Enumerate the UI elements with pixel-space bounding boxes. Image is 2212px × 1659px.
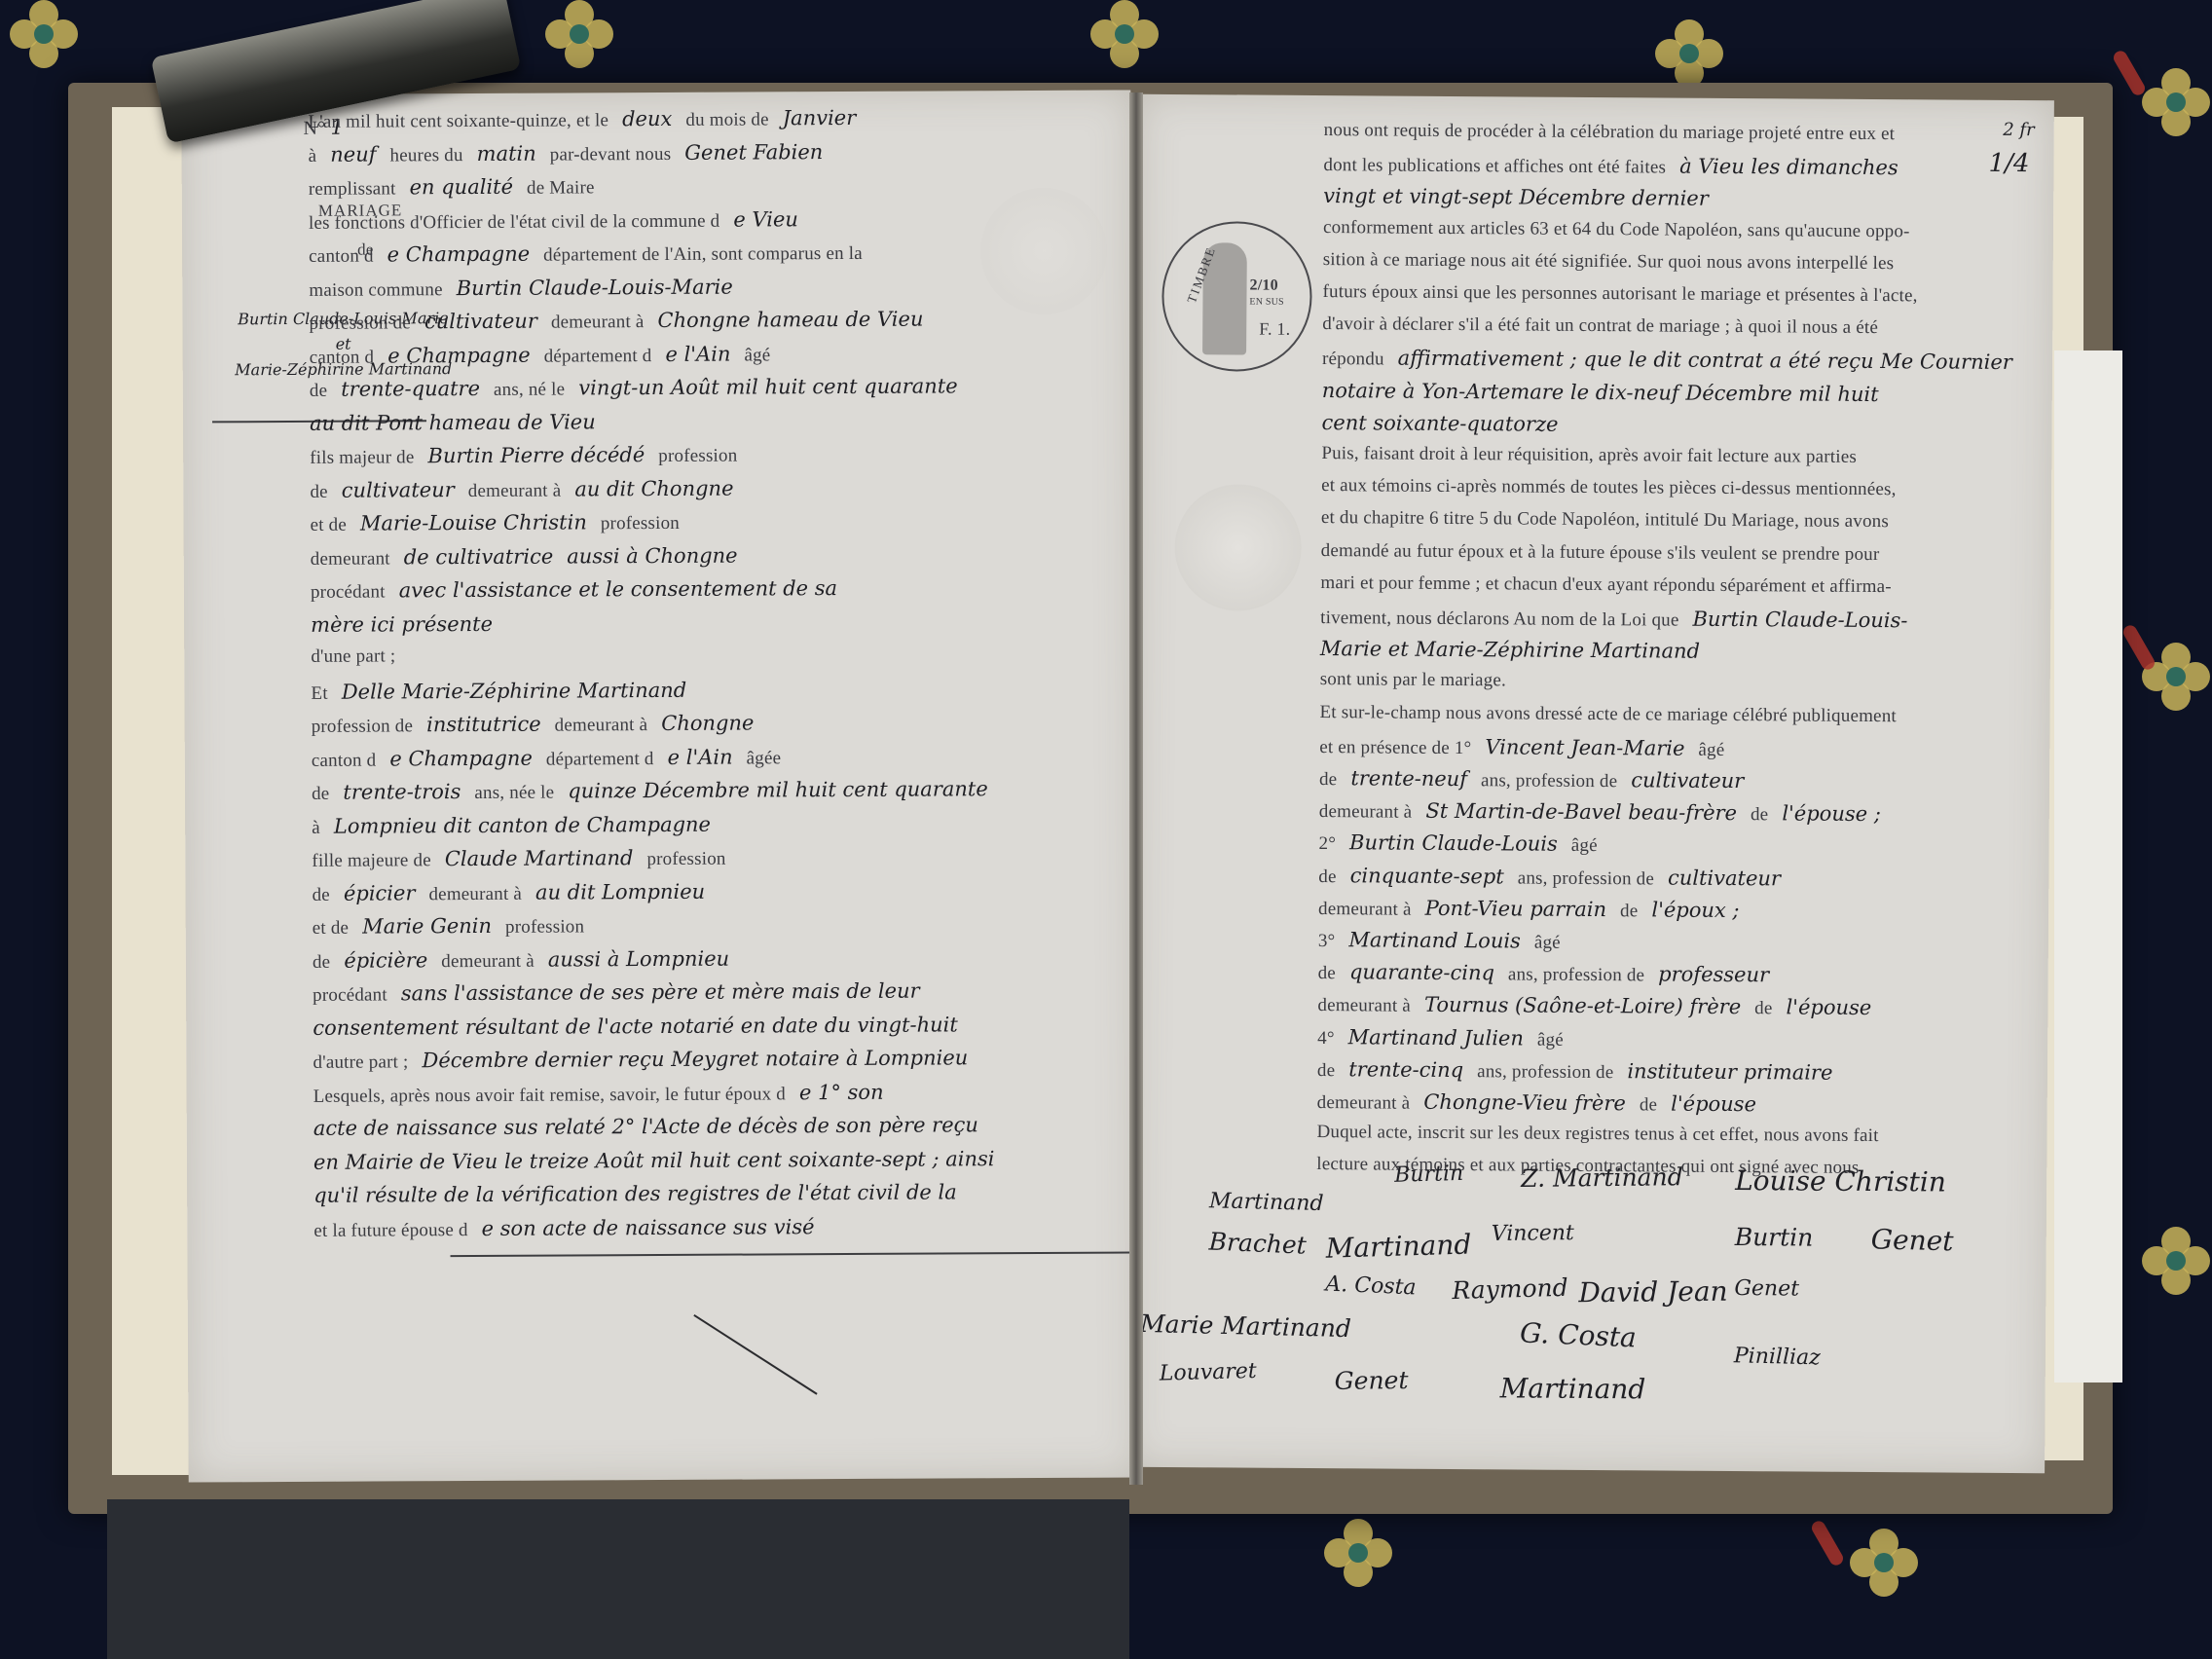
printed-text: heures du xyxy=(389,145,462,166)
handwritten-entry: cinquante-sept xyxy=(1350,864,1504,888)
handwritten-entry: cultivateur xyxy=(424,310,537,334)
printed-text: et aux témoins ci-après nommés de toutes… xyxy=(1321,475,1897,499)
signature: Genet xyxy=(1335,1366,1409,1395)
printed-text: de xyxy=(1318,963,1336,983)
document-line: mari et pour femme ; et chacun d'eux aya… xyxy=(1320,572,1905,598)
document-line: qu'il résulte de la vérification des reg… xyxy=(313,1180,971,1207)
tax-stamp: TIMBRE 2/10 EN SUS F. 1. xyxy=(1161,221,1312,372)
handwritten-entry: l'épouse ; xyxy=(1782,802,1881,827)
document-line: Marie et Marie-Zéphirine Martinand xyxy=(1320,637,1714,663)
printed-text: demeurant à xyxy=(428,883,522,904)
printed-text: Duquel acte, inscrit sur les deux regist… xyxy=(1316,1122,1878,1146)
printed-text: Puis, faisant droit à leur réquisition, … xyxy=(1321,443,1857,467)
printed-text: et en présence de 1° xyxy=(1319,737,1471,758)
document-line: procédantavec l'assistance et le consent… xyxy=(311,576,851,604)
printed-text: de xyxy=(313,951,330,972)
signature: Louvaret xyxy=(1159,1359,1257,1386)
document-line: et en présence de 1°Vincent Jean-Marieâg… xyxy=(1319,734,1738,761)
document-line: demeurant àPont-Vieu parraindel'époux ; xyxy=(1318,896,1753,923)
handwritten-entry: l'épouse xyxy=(1786,996,1871,1020)
handwritten-entry: trente-quatre xyxy=(341,377,480,401)
document-line: Et sur-le-champ nous avons dressé acte d… xyxy=(1319,702,1910,727)
handwritten-entry: e Champagne xyxy=(387,242,531,267)
document-line: dequarante-cinqans, profession deprofess… xyxy=(1318,960,1784,987)
document-line: 2°Burtin Claude-Louisâgé xyxy=(1318,830,1610,857)
printed-text: ans, profession de xyxy=(1481,770,1617,792)
fabric-flower xyxy=(2142,1227,2210,1295)
handwritten-entry: Chongne-Vieu frère xyxy=(1423,1090,1626,1115)
printed-text: ans, profession de xyxy=(1477,1061,1613,1083)
printed-text: demeurant à xyxy=(441,950,535,972)
printed-text: Et sur-le-champ nous avons dressé acte d… xyxy=(1319,702,1897,726)
page-edges-left xyxy=(112,107,190,1475)
printed-text: de xyxy=(1319,769,1337,790)
handwritten-entry: en qualité xyxy=(410,175,514,200)
printed-text: de xyxy=(1620,901,1638,921)
loose-paper-insert xyxy=(2054,350,2122,1382)
printed-text: d'une part ; xyxy=(311,645,395,666)
stamp-subtext: EN SUS xyxy=(1249,297,1283,308)
handwritten-entry: Marie et Marie-Zéphirine Martinand xyxy=(1320,637,1700,663)
printed-text: à xyxy=(309,145,317,166)
printed-text: d'autre part ; xyxy=(313,1051,408,1073)
document-line: dont les publications et affiches ont ét… xyxy=(1323,152,1911,180)
document-line: fils majeur deBurtin Pierre décédéprofes… xyxy=(310,443,751,469)
printed-text: profession de xyxy=(309,313,411,334)
handwritten-entry: Claude Martinand xyxy=(445,846,634,870)
printed-text: canton d xyxy=(310,347,375,367)
document-line: demeurant àChongne-Vieu frèredel'épouse xyxy=(1317,1089,1770,1117)
handwritten-entry: trente-cinq xyxy=(1348,1057,1463,1082)
document-line: conformement aux articles 63 et 64 du Co… xyxy=(1323,217,1924,242)
document-line: notaire à Yon-Artemare le dix-neuf Décem… xyxy=(1322,379,1893,406)
document-line: profession decultivateurdemeurant àChong… xyxy=(309,308,937,335)
handwritten-entry: aussi à Chongne xyxy=(567,543,737,568)
printed-text: canton d xyxy=(312,750,377,770)
printed-text: fille majeure de xyxy=(312,850,431,871)
printed-text: L'an mil huit cent soixante-quinze, et l… xyxy=(308,110,608,132)
fabric-flower xyxy=(2142,68,2210,136)
document-line: futurs époux ainsi que les personnes aut… xyxy=(1322,281,1931,307)
document-line: d'autre part ;Décembre dernier reçu Meyg… xyxy=(313,1046,981,1074)
handwritten-entry: qu'il résulte de la vérification des reg… xyxy=(313,1180,957,1206)
document-line: detrente-troisans, née lequinze Décembre… xyxy=(312,777,1002,805)
folio-number: 2 fr xyxy=(2003,120,2035,140)
document-line: et du chapitre 6 titre 5 du Code Napoléo… xyxy=(1321,507,1902,533)
printed-text: conformement aux articles 63 et 64 du Co… xyxy=(1323,217,1910,241)
printed-text: âgée xyxy=(747,748,782,768)
printed-text: mari et pour femme ; et chacun d'eux aya… xyxy=(1320,572,1892,597)
printed-text: département de l'Ain, sont comparus en l… xyxy=(543,243,863,266)
stamp-face: F. 1. xyxy=(1259,319,1290,340)
signature: David Jean xyxy=(1578,1275,1728,1309)
printed-text: de xyxy=(1754,999,1772,1019)
signature: Genet xyxy=(1870,1223,1954,1257)
handwritten-entry: vingt et vingt-sept Décembre dernier xyxy=(1323,184,1709,210)
document-line: sont unis par le mariage. xyxy=(1320,669,1520,691)
printed-text: de xyxy=(310,481,327,501)
handwritten-entry: Vincent Jean-Marie xyxy=(1485,735,1684,759)
signature: Burtin xyxy=(1394,1161,1464,1188)
handwritten-entry: Marie-Louise Christin xyxy=(360,510,587,535)
document-line: demeurant àTournus (Saône-et-Loire) frèr… xyxy=(1317,992,1885,1020)
document-line: demeurant àSt Martin-de-Bavel beau-frère… xyxy=(1319,798,1895,827)
printed-text: de xyxy=(1318,866,1336,887)
printed-text: procédant xyxy=(311,581,386,602)
document-line: decultivateurdemeurant àau dit Chongne xyxy=(310,476,747,502)
handwritten-entry: sans l'assistance de ses père et mère ma… xyxy=(401,979,920,1006)
handwritten-entry: Genet Fabien xyxy=(684,140,823,165)
handwritten-entry: aussi à Lompnieu xyxy=(548,946,729,971)
printed-text: remplissant xyxy=(309,178,396,199)
handwritten-entry: mère ici présente xyxy=(311,611,493,636)
signature: Genet xyxy=(1734,1276,1799,1301)
document-line: d'avoir à déclarer s'il a été fait un co… xyxy=(1322,313,1892,339)
document-line: tivement, nous déclarons Au nom de la Lo… xyxy=(1320,605,1921,633)
document-line: deépicierdemeurant àau dit Lompnieu xyxy=(313,879,719,905)
printed-text: d'avoir à déclarer s'il a été fait un co… xyxy=(1322,313,1878,338)
cancel-stroke xyxy=(693,1314,817,1395)
printed-text: département d xyxy=(544,346,652,367)
printed-text: et de xyxy=(313,918,350,939)
printed-text: demeurant à xyxy=(1317,995,1411,1016)
signature: A. Costa xyxy=(1325,1272,1417,1300)
handwritten-entry: trente-trois xyxy=(343,780,461,804)
document-line: 3°Martinand Louisâgé xyxy=(1318,928,1574,954)
printed-text: âgé xyxy=(744,345,770,365)
handwritten-entry: Pont-Vieu parrain xyxy=(1425,897,1607,921)
printed-text: âgé xyxy=(1534,933,1561,953)
handwritten-entry: quinze Décembre mil huit cent quarante xyxy=(568,777,988,802)
document-line: réponduaffirmativement ; que le dit cont… xyxy=(1322,346,2026,375)
printed-text: profession xyxy=(601,513,680,534)
fabric-leaf xyxy=(1809,1519,1845,1567)
printed-text: de xyxy=(1751,804,1768,825)
signature: G. Costa xyxy=(1519,1316,1637,1353)
right-page: 2 fr 1/4 TIMBRE 2/10 EN SUS F. 1. nous o… xyxy=(1129,94,2054,1474)
document-line: Lesquels, après nous avoir fait remise, … xyxy=(313,1080,898,1107)
printed-text: du mois de xyxy=(685,109,768,129)
printed-text: nous ont requis de procéder à la célébra… xyxy=(1324,120,1896,144)
handwritten-entry: épicier xyxy=(344,881,416,904)
handwritten-entry: Burtin Pierre décédé xyxy=(427,443,645,467)
embossed-seal xyxy=(980,188,1108,315)
handwritten-entry: quarante-cinq xyxy=(1349,960,1494,984)
printed-text: sition à ce mariage nous ait été signifi… xyxy=(1323,249,1895,274)
handwritten-entry: affirmativement ; que le dit contrat a é… xyxy=(1398,347,2012,374)
handwritten-entry: trente-neuf xyxy=(1350,766,1467,791)
handwritten-entry: St Martin-de-Bavel beau-frère xyxy=(1425,799,1737,825)
document-line: detrente-cinqans, profession deinstitute… xyxy=(1317,1057,1847,1086)
printed-text: âgé xyxy=(1698,740,1724,760)
closing-rule xyxy=(451,1251,1132,1257)
printed-text: de xyxy=(312,784,329,804)
printed-text: ans, profession de xyxy=(1508,965,1644,986)
handwritten-entry: acte de naissance sus relaté 2° l'Acte d… xyxy=(313,1113,978,1140)
document-line: maison communeBurtin Claude-Louis-Marie xyxy=(309,275,747,301)
handwritten-entry: au dit Chongne xyxy=(574,476,733,500)
handwritten-entry: Martinand Julien xyxy=(1348,1025,1524,1050)
handwritten-entry: Décembre dernier reçu Meygret notaire à … xyxy=(422,1046,968,1072)
handwritten-entry: au dit Pont hameau de Vieu xyxy=(310,410,596,435)
document-line: au dit Pont hameau de Vieu xyxy=(310,410,609,435)
document-line: d'une part ; xyxy=(311,645,409,668)
printed-text: ans, profession de xyxy=(1518,867,1654,889)
signature: Z. Martinand xyxy=(1521,1162,1683,1193)
handwritten-entry: e Champagne xyxy=(387,343,531,367)
document-line: vingt et vingt-sept Décembre dernier xyxy=(1323,184,1722,210)
printed-text: profession de xyxy=(312,716,414,737)
document-line: procédantsans l'assistance de ses père e… xyxy=(313,979,934,1007)
fabric-flower xyxy=(2142,643,2210,711)
printed-text: âgé xyxy=(1571,835,1598,856)
printed-text: demeurant à xyxy=(551,312,645,333)
printed-text: tivement, nous déclarons Au nom de la Lo… xyxy=(1320,608,1678,631)
document-line: consentement résultant de l'acte notarié… xyxy=(313,1013,972,1040)
document-line: detrente-quatreans, né levingt-un Août m… xyxy=(310,374,972,402)
printed-text: procédant xyxy=(313,984,387,1005)
handwritten-entry: professeur xyxy=(1658,963,1769,987)
printed-text: département d xyxy=(546,749,654,770)
document-line: Duquel acte, inscrit sur les deux regist… xyxy=(1316,1122,1892,1147)
handwritten-entry: Lompnieu dit canton de Champagne xyxy=(334,812,711,837)
document-line: mère ici présente xyxy=(311,611,506,636)
handwritten-entry: consentement résultant de l'acte notarié… xyxy=(313,1013,958,1039)
document-line: cent soixante-quatorze xyxy=(1322,411,1572,436)
printed-text: et du chapitre 6 titre 5 du Code Napoléo… xyxy=(1321,507,1889,532)
printed-text: profession xyxy=(505,916,584,937)
signature: Martinand xyxy=(1500,1372,1646,1405)
printed-text: demeurant xyxy=(311,548,390,569)
signature: Burtin xyxy=(1735,1223,1814,1252)
printed-text: demeurant à xyxy=(555,715,648,736)
printed-text: demeurant à xyxy=(468,480,562,501)
document-line: acte de naissance sus relaté 2° l'Acte d… xyxy=(313,1113,992,1140)
handwritten-entry: vingt-un Août mil huit cent quarante xyxy=(578,374,958,399)
signature: Louise Christin xyxy=(1735,1164,1946,1198)
document-line: àneufheures dumatinpar-devant nousGenet … xyxy=(309,140,837,167)
printed-text: de xyxy=(1317,1060,1335,1081)
printed-text: ans, né le xyxy=(494,380,565,400)
document-line: et la future épouse de son acte de naiss… xyxy=(313,1215,828,1242)
document-line: sition à ce mariage nous ait été signifi… xyxy=(1323,249,1908,275)
printed-text: de xyxy=(310,381,327,401)
book-cover-bottom xyxy=(107,1499,1129,1659)
printed-text: de xyxy=(1640,1094,1657,1115)
handwritten-entry: instituteur primaire xyxy=(1627,1059,1832,1084)
handwritten-entry: cent soixante-quatorze xyxy=(1322,411,1559,436)
handwritten-entry: e Champagne xyxy=(389,746,533,770)
document-line: profession deinstitutricedemeurant àChon… xyxy=(312,711,768,737)
printed-text: demeurant à xyxy=(1319,801,1413,823)
printed-text: 2° xyxy=(1318,833,1336,854)
document-line: EtDelle Marie-Zéphirine Martinand xyxy=(311,678,700,704)
fabric-flower xyxy=(1324,1519,1392,1587)
handwritten-entry: Chongne hameau de Vieu xyxy=(657,308,923,332)
printed-text: âgé xyxy=(1537,1029,1564,1050)
book-gutter xyxy=(1129,92,1143,1485)
printed-text: Et xyxy=(311,682,327,703)
printed-text: demandé au futur époux et à la future ép… xyxy=(1321,540,1880,565)
handwritten-entry: e l'Ain xyxy=(665,342,730,365)
handwritten-entry: institutrice xyxy=(426,713,541,737)
handwritten-entry: Janvier xyxy=(783,106,857,129)
document-line: et deMarie-Louise Christinprofession xyxy=(311,510,694,536)
printed-text: dont les publications et affiches ont ét… xyxy=(1323,155,1666,177)
document-line: demeurantde cultivatriceaussi à Chongne xyxy=(311,543,752,570)
signature: Pinilliaz xyxy=(1734,1344,1821,1370)
handwritten-entry: Burtin Claude-Louis- xyxy=(1692,608,1907,633)
handwritten-entry: Burtin Claude-Louis-Marie xyxy=(457,275,733,299)
fabric-flower xyxy=(10,0,78,68)
printed-text: Lesquels, après nous avoir fait remise, … xyxy=(313,1084,786,1107)
handwritten-entry: Martinand Louis xyxy=(1348,928,1521,952)
handwritten-entry: Marie Genin xyxy=(362,914,492,939)
fabric-flower xyxy=(1655,19,1723,88)
signature: Martinand xyxy=(1209,1189,1324,1216)
fabric-flower xyxy=(1850,1529,1918,1597)
printed-text: demeurant à xyxy=(1317,1092,1411,1114)
handwritten-entry: Chongne xyxy=(661,711,754,734)
printed-text: canton d xyxy=(309,246,374,267)
printed-text: profession xyxy=(658,446,737,466)
handwritten-entry: Burtin Claude-Louis xyxy=(1349,831,1558,856)
signature: Brachet xyxy=(1208,1228,1307,1260)
handwritten-entry: cultivateur xyxy=(342,478,455,502)
printed-text: répondu xyxy=(1322,349,1384,369)
printed-text: de xyxy=(313,884,330,904)
printed-text: maison commune xyxy=(309,279,442,301)
handwritten-entry: deux xyxy=(622,107,672,130)
handwritten-entry: épicière xyxy=(344,948,427,972)
handwritten-entry: neuf xyxy=(330,142,376,166)
handwritten-entry: notaire à Yon-Artemare le dix-neuf Décem… xyxy=(1322,379,1879,406)
handwritten-entry: en Mairie de Vieu le treize Août mil hui… xyxy=(313,1147,995,1174)
document-line: Puis, faisant droit à leur réquisition, … xyxy=(1321,443,1870,468)
signature: Raymond xyxy=(1452,1273,1568,1305)
fabric-flower xyxy=(1090,0,1159,68)
document-line: nous ont requis de procéder à la célébra… xyxy=(1324,120,1909,145)
printed-text: et la future épouse d xyxy=(313,1220,467,1241)
printed-text: profession xyxy=(646,849,725,869)
document-line: detrente-neufans, profession decultivate… xyxy=(1319,766,1757,793)
signature: Marie Martinand xyxy=(1140,1309,1351,1343)
left-page: N° 1 MARIAGE de Burtin Claude-Louis-Mari… xyxy=(181,90,1137,1482)
document-line: canton de Champagnedépartement de l'Ain,… xyxy=(309,240,876,268)
handwritten-entry: de cultivatrice xyxy=(404,544,554,569)
embossed-seal xyxy=(1174,484,1302,611)
handwritten-entry: e son acte de naissance sus visé xyxy=(482,1215,815,1240)
handwritten-entry: e l'Ain xyxy=(668,745,733,768)
document-line: canton de Champagnedépartement de l'Ainâ… xyxy=(310,342,785,369)
corner-mark: 1/4 xyxy=(1989,149,2030,178)
printed-text: 4° xyxy=(1317,1028,1335,1049)
printed-text: futurs époux ainsi que les personnes aut… xyxy=(1322,281,1917,306)
handwritten-entry: Tournus (Saône-et-Loire) frère xyxy=(1424,993,1741,1018)
document-line: L'an mil huit cent soixante-quinze, et l… xyxy=(308,106,869,133)
handwritten-entry: avec l'assistance et le consentement de … xyxy=(399,576,837,602)
handwritten-entry: à Vieu les dimanches xyxy=(1679,155,1899,180)
document-line: demandé au futur époux et à la future ép… xyxy=(1321,540,1894,566)
signature: Martinand xyxy=(1325,1229,1472,1265)
document-line: decinquante-septans, profession decultiv… xyxy=(1318,864,1794,891)
document-line: les fonctions d'Officier de l'état civil… xyxy=(309,207,812,235)
handwritten-entry: au dit Lompnieu xyxy=(535,879,705,903)
document-line: remplissanten qualitéde Maire xyxy=(309,174,608,201)
handwritten-entry: cultivateur xyxy=(1668,866,1781,890)
handwritten-entry: matin xyxy=(477,141,536,165)
handwritten-entry: cultivateur xyxy=(1631,768,1744,793)
printed-text: ans, née le xyxy=(474,783,554,803)
handwritten-entry: e Vieu xyxy=(733,207,798,231)
document-line: àLompnieu dit canton de Champagne xyxy=(312,812,724,838)
stamp-value: 2/10 xyxy=(1249,277,1277,295)
handwritten-entry: Delle Marie-Zéphirine Martinand xyxy=(342,678,687,703)
printed-text: 3° xyxy=(1318,931,1336,951)
handwritten-entry: e 1° son xyxy=(799,1080,884,1103)
document-line: fille majeure deClaude Martinandprofessi… xyxy=(312,846,739,872)
printed-text: de Maire xyxy=(527,177,595,198)
document-line: deépicièredemeurant àaussi à Lompnieu xyxy=(313,946,743,973)
printed-text: sont unis par le mariage. xyxy=(1320,669,1506,690)
printed-text: à xyxy=(312,817,320,837)
signature: Vincent xyxy=(1492,1221,1574,1246)
printed-text: les fonctions d'Officier de l'état civil… xyxy=(309,210,719,233)
fabric-flower xyxy=(545,0,613,68)
printed-text: fils majeur de xyxy=(310,447,414,468)
document-line: 4°Martinand Julienâgé xyxy=(1317,1025,1577,1051)
document-line: en Mairie de Vieu le treize Août mil hui… xyxy=(313,1147,1009,1174)
printed-text: et de xyxy=(311,515,348,535)
document-line: canton de Champagnedépartement de l'Ainâ… xyxy=(312,745,794,772)
document-line: et aux témoins ci-après nommés de toutes… xyxy=(1321,475,1910,500)
printed-text: par-devant nous xyxy=(550,143,672,165)
handwritten-entry: l'époux ; xyxy=(1651,898,1739,922)
handwritten-entry: l'épouse xyxy=(1671,1092,1756,1117)
printed-text: demeurant à xyxy=(1318,899,1412,920)
document-line: et deMarie Geninprofession xyxy=(313,913,599,940)
